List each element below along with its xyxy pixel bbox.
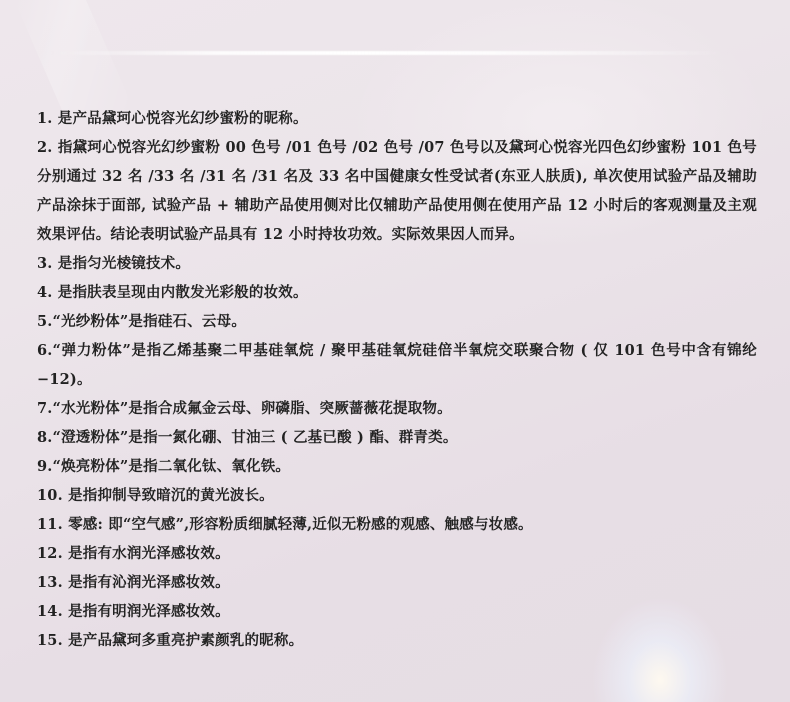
footnote-9: 9.“焕亮粉体”是指二氧化钛、氧化铁。 xyxy=(37,452,757,481)
footnote-6: 6.“弹力粉体”是指乙烯基聚二甲基硅氧烷 / 聚甲基硅氧烷硅倍半氧烷交联聚合物 … xyxy=(37,336,757,394)
footnote-1: 1. 是产品黛珂心悦容光幻纱蜜粉的昵称。 xyxy=(37,104,757,133)
footnote-5: 5.“光纱粉体”是指硅石、云母。 xyxy=(37,307,757,336)
footnote-8: 8.“澄透粉体”是指一氮化硼、甘油三 ( 乙基已酸 ) 酯、群青类。 xyxy=(37,423,757,452)
footnote-11: 11. 零感: 即“空气感”,形容粉质细腻轻薄,近似无粉感的观感、触感与妆感。 xyxy=(37,510,757,539)
footnote-4: 4. 是指肤表呈现由内散发光彩般的妆效。 xyxy=(37,278,757,307)
footnote-7: 7.“水光粉体”是指合成氟金云母、卵磷脂、突厥蔷薇花提取物。 xyxy=(37,394,757,423)
footnotes-list: 1. 是产品黛珂心悦容光幻纱蜜粉的昵称。 2. 指黛珂心悦容光幻纱蜜粉 00 色… xyxy=(37,104,757,655)
footnote-3: 3. 是指匀光棱镜技术。 xyxy=(37,249,757,278)
footnote-14: 14. 是指有明润光泽感妆效。 xyxy=(37,597,757,626)
footnote-15: 15. 是产品黛珂多重亮护素颜乳的昵称。 xyxy=(37,626,757,655)
footnote-12: 12. 是指有水润光泽感妆效。 xyxy=(37,539,757,568)
footnote-10: 10. 是指抑制导致暗沉的黄光波长。 xyxy=(37,481,757,510)
footnote-13: 13. 是指有沁润光泽感妆效。 xyxy=(37,568,757,597)
decorative-light-streak xyxy=(50,51,730,55)
footnote-2: 2. 指黛珂心悦容光幻纱蜜粉 00 色号 /01 色号 /02 色号 /07 色… xyxy=(37,133,757,249)
